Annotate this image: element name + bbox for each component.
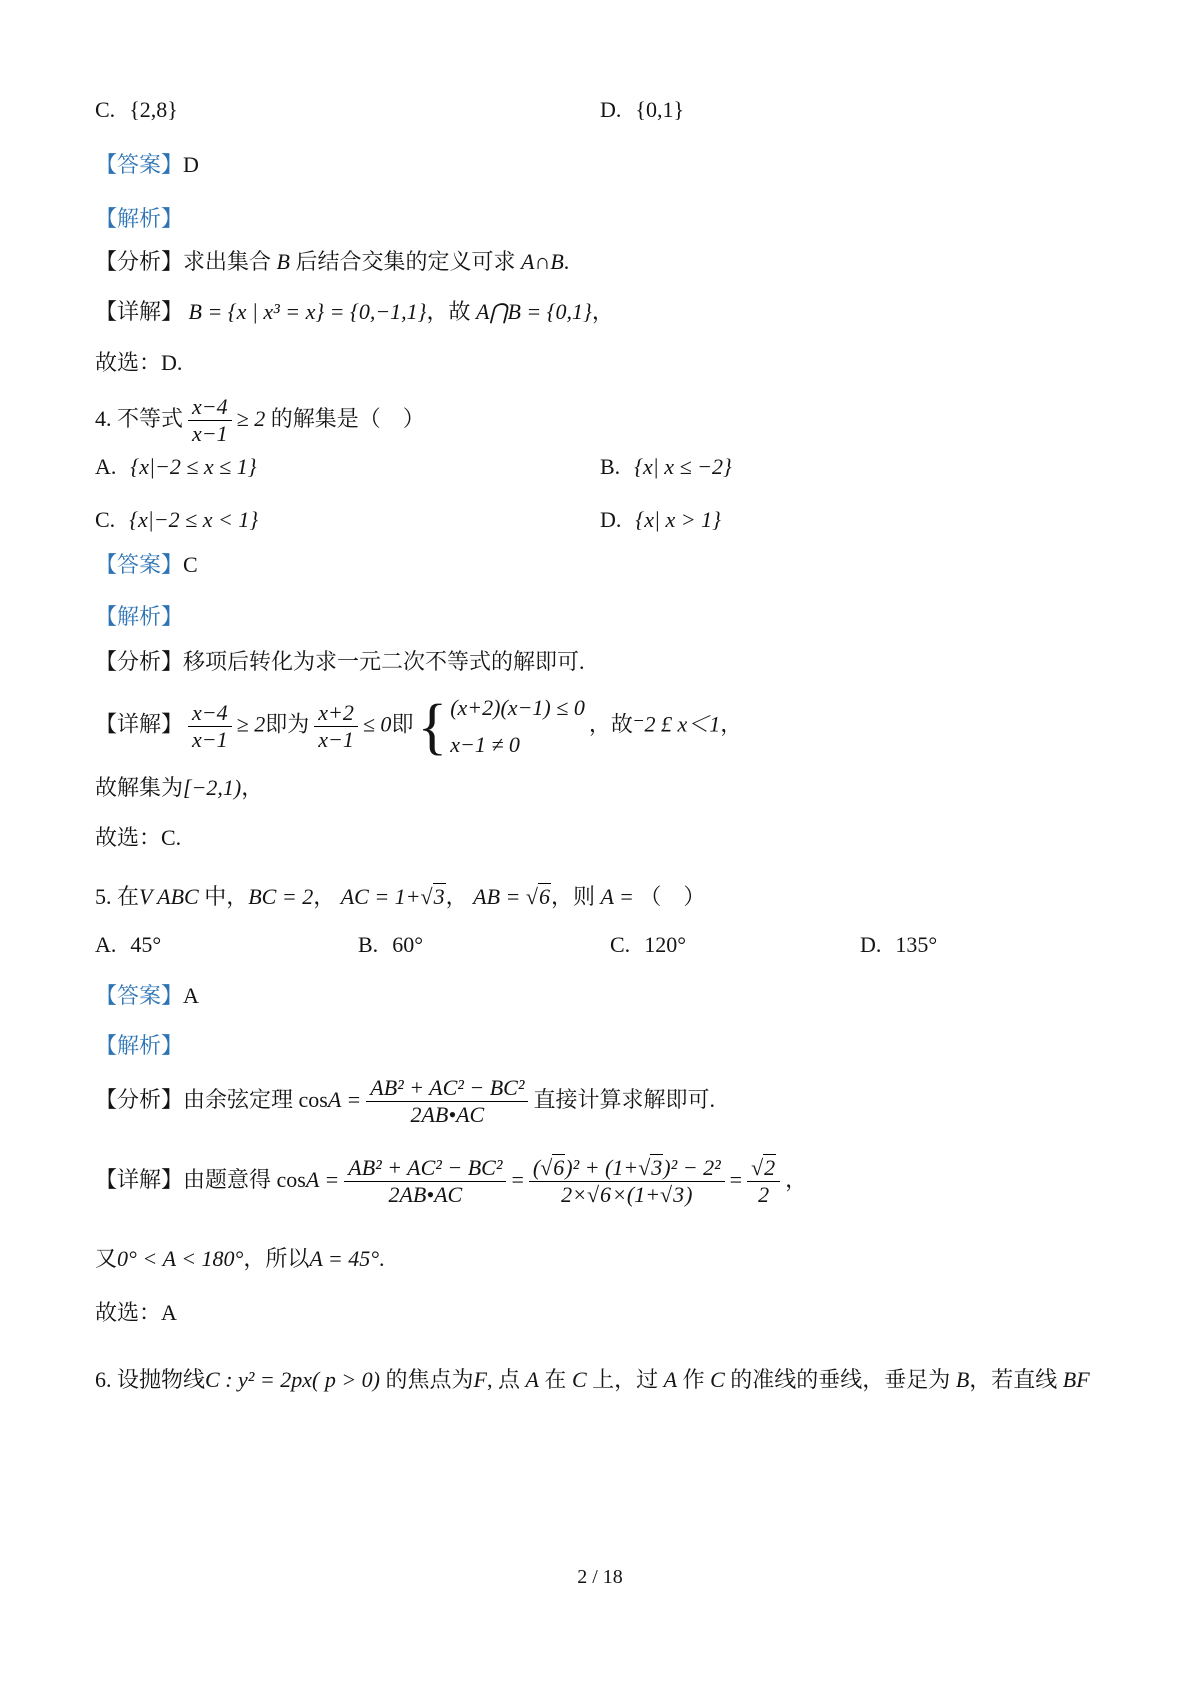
fenxi-label: 【分析】 xyxy=(95,649,183,674)
fraction-numerator: x+2 xyxy=(314,700,358,727)
sqrt-3: √3 xyxy=(638,1154,663,1180)
q3-fenxi-math-1: B xyxy=(277,249,290,274)
q5-stem-math-2: BC = 2 xyxy=(248,884,313,909)
q5-xiangjie-fraction-2: (√6)² + (1+√3)² − 2²2×√6×(1+√3) xyxy=(529,1155,725,1209)
q5-stem-text-4: ， xyxy=(446,884,468,909)
q5-stem-math-1: V ABC xyxy=(139,884,199,909)
denominator-segment: ×(1+ xyxy=(612,1182,660,1207)
q6-stem-text-2: 的焦点为 xyxy=(385,1367,473,1392)
q4-answer-line: 【答案】C xyxy=(95,551,1115,580)
q3-analysis-line: 【解析】 xyxy=(95,205,1115,234)
q6-stem-math-3: A xyxy=(525,1367,538,1392)
q6-stem-text-6: 作 xyxy=(683,1367,705,1392)
fraction-denominator: 2 xyxy=(747,1182,780,1208)
q3-fenxi-text-3: . xyxy=(564,249,570,274)
q5-stem: 5. 在V ABC 中，BC = 2， AC = 1+√3， AB = √6，则… xyxy=(95,883,1115,912)
fraction-numerator: AB² + AC² − BC² xyxy=(344,1155,506,1182)
fenxi-label: 【分析】 xyxy=(95,249,183,274)
q5-fenxi-line: 【分析】由余弦定理 cosA =AB² + AC² − BC²2AB•AC直接计… xyxy=(95,1075,1115,1129)
q5-xiangjie-line: 【详解】由题意得 cosA =AB² + AC² − BC²2AB•AC=(√6… xyxy=(95,1155,1115,1209)
page-number: 2 / 18 xyxy=(0,1566,1200,1589)
q6-stem-math-5: A xyxy=(664,1367,677,1392)
q3-xiangjie-math-1: B = {x | x³ = x} = {0,−1,1} xyxy=(189,299,427,324)
q4-conclusion-text: 故选：C. xyxy=(95,825,181,850)
q5-number: 5. xyxy=(95,884,112,909)
sqrt-6: √6 xyxy=(540,1154,565,1180)
q4-analysis-line: 【解析】 xyxy=(95,603,1115,632)
q3-answer-line: 【答案】D xyxy=(95,151,1115,180)
radical-sign: √ xyxy=(540,1155,552,1180)
q6-stem-text-4: 在 xyxy=(544,1367,566,1392)
analysis-label: 【解析】 xyxy=(95,604,183,629)
q6-stem-text-3: , 点 xyxy=(487,1367,520,1392)
analysis-label: 【解析】 xyxy=(95,206,183,231)
q3-xiangjie-text-1: ，故 xyxy=(426,299,476,324)
q4-solution-set-line: 故解集为[−2,1)， xyxy=(95,774,1115,803)
q4-xiangjie-math-2: ≤ 0 xyxy=(363,712,392,737)
q4-option-c: C.{x|−2 ≤ x < 1} xyxy=(95,506,600,535)
radical-sign: √ xyxy=(638,1155,650,1180)
q6-stem-math-7: B xyxy=(956,1367,969,1392)
q5-range-text-1: 又 xyxy=(95,1246,117,1271)
q4-option-d-value: {x| x > 1} xyxy=(635,507,721,532)
q3-fenxi-math-2: A∩B xyxy=(521,249,564,274)
radicand: 6 xyxy=(552,1154,565,1180)
fraction-denominator: x−1 xyxy=(188,727,232,753)
q4-solution-text-1: 故解集为 xyxy=(95,775,183,800)
q3-answer-value: D xyxy=(183,152,199,177)
fraction-denominator: 2AB•AC xyxy=(366,1102,528,1128)
cases-rows: (x+2)(x−1) ≤ 0x−1 ≠ 0 xyxy=(450,694,585,759)
q4-fenxi-text: 移项后转化为求一元二次不等式的解即可. xyxy=(183,649,585,674)
q4-xiangjie-fraction-2: x+2x−1 xyxy=(314,700,358,754)
equals-sign: = xyxy=(730,1167,742,1192)
equals-sign: = xyxy=(511,1167,523,1192)
q5-option-d-label: D. xyxy=(860,932,881,957)
numerator-segment: )² + (1+ xyxy=(565,1155,638,1180)
page-content: C.{2,8} D.{0,1} 【答案】D 【解析】 【分析】求出集合 B 后结… xyxy=(95,96,1115,1418)
xiangjie-label: 【详解】 xyxy=(95,299,183,324)
q5-option-c: C.120° xyxy=(610,931,860,960)
q4-xiangjie-text-3: ，故 xyxy=(589,712,633,737)
radicand: 3 xyxy=(650,1154,663,1180)
q4-option-b-value: {x| x ≤ −2} xyxy=(634,454,732,479)
q5-stem-text-2: 中， xyxy=(204,884,248,909)
numerator-segment: )² − 2² xyxy=(663,1155,720,1180)
q3-conclusion-text: 故选：D. xyxy=(95,350,182,375)
q4-stem-math-1: ≥ 2 xyxy=(237,406,266,431)
q5-range-text-2: ，所以 xyxy=(243,1246,309,1271)
q4-option-b-label: B. xyxy=(600,454,620,479)
case-row-2: x−1 ≠ 0 xyxy=(450,731,585,760)
q5-options-row: A.45° B.60° C.120° D.135° xyxy=(95,931,1115,960)
q5-stem-math-5: A = xyxy=(600,884,633,909)
q5-stem-math-3: AC = 1+ xyxy=(341,884,421,909)
radical-sign: √ xyxy=(421,884,433,909)
q5-xiangjie-fraction-1: AB² + AC² − BC²2AB•AC xyxy=(344,1155,506,1209)
radical-sign: √ xyxy=(526,884,538,909)
q5-option-b: B.60° xyxy=(358,931,610,960)
q5-option-b-label: B. xyxy=(358,932,378,957)
fraction-numerator: √2 xyxy=(747,1155,780,1182)
q5-xiangjie-math-1: A = xyxy=(306,1167,339,1192)
q5-stem-text-1: 在 xyxy=(117,884,139,909)
q6-stem-math-2: F xyxy=(474,1367,487,1392)
q4-option-a-value: {x|−2 ≤ x ≤ 1} xyxy=(130,454,256,479)
q6-stem-math-8: BF xyxy=(1063,1367,1090,1392)
q5-option-d: D.135° xyxy=(860,931,937,960)
q5-option-c-label: C. xyxy=(610,932,630,957)
fraction-numerator: x−4 xyxy=(188,394,232,421)
q3-xiangjie-line: 【详解】 B = {x | x³ = x} = {0,−1,1}，故 A⋂B =… xyxy=(95,298,1115,327)
q4-option-d: D.{x| x > 1} xyxy=(600,506,1105,535)
q3-option-c: C.{2,8} xyxy=(95,96,600,125)
q3-xiangjie-text-2: ， xyxy=(592,299,614,324)
radicand: 6 xyxy=(538,883,551,909)
q6-stem-text-8: ，若直线 xyxy=(969,1367,1057,1392)
fraction-denominator: x−1 xyxy=(188,421,232,447)
sqrt-6: √6 xyxy=(587,1181,612,1207)
answer-label: 【答案】 xyxy=(95,552,183,577)
q5-option-a: A.45° xyxy=(95,931,358,960)
denominator-segment: ) xyxy=(685,1182,692,1207)
q6-stem-text-1: 设抛物线 xyxy=(117,1367,205,1392)
fraction-denominator: x−1 xyxy=(314,727,358,753)
q3-xiangjie-math-2: A⋂B = {0,1} xyxy=(476,299,592,324)
q4-stem-fraction: x−4x−1 xyxy=(188,394,232,448)
radical-sign: √ xyxy=(751,1155,763,1180)
answer-label: 【答案】 xyxy=(95,152,183,177)
q5-xiangjie-fraction-3: √22 xyxy=(747,1155,780,1209)
q4-xiangjie-text-4: ， xyxy=(720,712,742,737)
q3-options-row: C.{2,8} D.{0,1} xyxy=(95,96,1115,125)
q4-xiangjie-fraction-1: x−4x−1 xyxy=(188,700,232,754)
q4-conclusion: 故选：C. xyxy=(95,824,1115,853)
q5-answer-line: 【答案】A xyxy=(95,982,1115,1011)
q4-xiangjie-math-1: ≥ 2 xyxy=(237,712,266,737)
q4-xiangjie-line: 【详解】x−4x−1≥ 2即为x+2x−1≤ 0即{(x+2)(x−1) ≤ 0… xyxy=(95,694,1115,759)
q5-conclusion: 故选：A xyxy=(95,1299,1115,1328)
q5-analysis-line: 【解析】 xyxy=(95,1032,1115,1061)
q5-stem-text-5: ，则 xyxy=(551,884,595,909)
q4-option-c-label: C. xyxy=(95,507,115,532)
q5-option-d-value: 135° xyxy=(895,932,937,957)
q6-stem: 6. 设抛物线C : y² = 2px( p > 0) 的焦点为F, 点 A 在… xyxy=(95,1366,1115,1395)
cos-function: cos xyxy=(277,1167,306,1192)
q5-range-text-3: . xyxy=(379,1246,385,1271)
q5-stem-text-6: （ ） xyxy=(639,884,705,909)
case-row-1: (x+2)(x−1) ≤ 0 xyxy=(450,694,585,723)
sqrt-3: √3 xyxy=(660,1181,685,1207)
q4-fenxi-line: 【分析】移项后转化为求一元二次不等式的解即可. xyxy=(95,648,1115,677)
q4-stem-text-2: 的解集是（ ） xyxy=(271,406,425,431)
q4-xiangjie-text-2: 即 xyxy=(391,712,413,737)
q4-xiangjie-math-3: ⁻2 £ x＜1 xyxy=(633,712,720,737)
q4-answer-value: C xyxy=(183,552,198,577)
answer-label: 【答案】 xyxy=(95,983,183,1008)
fraction-numerator: AB² + AC² − BC² xyxy=(366,1075,528,1102)
q6-stem-math-6: C xyxy=(710,1367,725,1392)
q4-solution-math: [−2,1) xyxy=(183,775,241,800)
q6-number: 6. xyxy=(95,1367,112,1392)
fraction-denominator: 2×√6×(1+√3) xyxy=(529,1182,725,1208)
radicand: 3 xyxy=(433,883,446,909)
fraction-denominator: 2AB•AC xyxy=(344,1182,506,1208)
sqrt-3: √3 xyxy=(421,883,446,909)
q5-xiangjie-text-1: 由题意得 xyxy=(183,1167,271,1192)
q5-fenxi-math-1: A = xyxy=(328,1087,361,1112)
q4-option-a: A.{x|−2 ≤ x ≤ 1} xyxy=(95,453,600,482)
q4-option-d-label: D. xyxy=(600,507,621,532)
q5-range-line: 又0° < A < 180°，所以A = 45°. xyxy=(95,1245,1115,1274)
q5-option-b-value: 60° xyxy=(392,932,423,957)
q5-fenxi-text-1: 由余弦定理 xyxy=(183,1087,293,1112)
q5-conclusion-text: 故选：A xyxy=(95,1300,177,1325)
q6-stem-text-7: 的准线的垂线，垂足为 xyxy=(730,1367,950,1392)
radical-sign: √ xyxy=(587,1182,599,1207)
q4-options-row-cd: C.{x|−2 ≤ x < 1} D.{x| x > 1} xyxy=(95,506,1115,535)
q4-xiangjie-text-1: 即为 xyxy=(265,712,309,737)
q5-fenxi-fraction: AB² + AC² − BC²2AB•AC xyxy=(366,1075,528,1129)
q6-stem-text-5: 上，过 xyxy=(592,1367,658,1392)
q3-conclusion: 故选：D. xyxy=(95,349,1115,378)
analysis-label: 【解析】 xyxy=(95,1033,183,1058)
q4-stem-text-1: 不等式 xyxy=(117,406,183,431)
q4-cases-system: {(x+2)(x−1) ≤ 0x−1 ≠ 0 xyxy=(417,694,584,759)
q5-range-math-2: A = 45° xyxy=(309,1246,379,1271)
q5-option-a-label: A. xyxy=(95,932,116,957)
radicand: 3 xyxy=(672,1181,685,1207)
left-brace: { xyxy=(417,701,447,754)
q4-option-b: B.{x| x ≤ −2} xyxy=(600,453,1105,482)
q5-option-c-value: 120° xyxy=(644,932,686,957)
q5-xiangjie-text-2: ， xyxy=(785,1167,807,1192)
q5-stem-text-3: ， xyxy=(313,884,335,909)
q3-fenxi-text-1: 求出集合 xyxy=(183,249,271,274)
q4-option-a-label: A. xyxy=(95,454,116,479)
xiangjie-label: 【详解】 xyxy=(95,712,183,737)
fraction-numerator: (√6)² + (1+√3)² − 2² xyxy=(529,1155,725,1182)
q3-option-d-value: {0,1} xyxy=(635,97,684,122)
q3-option-c-value: {2,8} xyxy=(129,97,178,122)
q4-solution-text-2: ， xyxy=(241,775,263,800)
xiangjie-label: 【详解】 xyxy=(95,1167,183,1192)
denominator-segment: 2× xyxy=(561,1182,587,1207)
q5-answer-value: A xyxy=(183,983,199,1008)
q4-option-c-value: {x|−2 ≤ x < 1} xyxy=(129,507,258,532)
sqrt-2: √2 xyxy=(751,1154,776,1180)
q6-stem-math-4: C xyxy=(572,1367,587,1392)
q3-option-c-label: C. xyxy=(95,97,115,122)
radical-sign: √ xyxy=(660,1182,672,1207)
q4-number: 4. xyxy=(95,406,112,431)
q3-fenxi-line: 【分析】求出集合 B 后结合交集的定义可求 A∩B. xyxy=(95,248,1115,277)
fraction-numerator: x−4 xyxy=(188,700,232,727)
q3-option-d: D.{0,1} xyxy=(600,96,1105,125)
q6-stem-math-1: C : y² = 2px( p > 0) xyxy=(205,1367,380,1392)
q5-option-a-value: 45° xyxy=(130,932,161,957)
cos-function: cos xyxy=(299,1087,328,1112)
q5-stem-math-4: AB = xyxy=(473,884,526,909)
radicand: 6 xyxy=(599,1181,612,1207)
document-page: C.{2,8} D.{0,1} 【答案】D 【解析】 【分析】求出集合 B 后结… xyxy=(0,0,1200,1697)
radicand: 2 xyxy=(763,1154,776,1180)
q4-stem: 4. 不等式x−4x−1≥ 2 的解集是（ ） xyxy=(95,394,1115,448)
sqrt-6: √6 xyxy=(526,883,551,909)
fenxi-label: 【分析】 xyxy=(95,1087,183,1112)
q5-fenxi-text-2: 直接计算求解即可. xyxy=(533,1087,715,1112)
q3-option-d-label: D. xyxy=(600,97,621,122)
q5-range-math-1: 0° < A < 180° xyxy=(117,1246,243,1271)
q3-fenxi-text-2: 后结合交集的定义可求 xyxy=(295,249,515,274)
q4-options-row-ab: A.{x|−2 ≤ x ≤ 1} B.{x| x ≤ −2} xyxy=(95,453,1115,482)
